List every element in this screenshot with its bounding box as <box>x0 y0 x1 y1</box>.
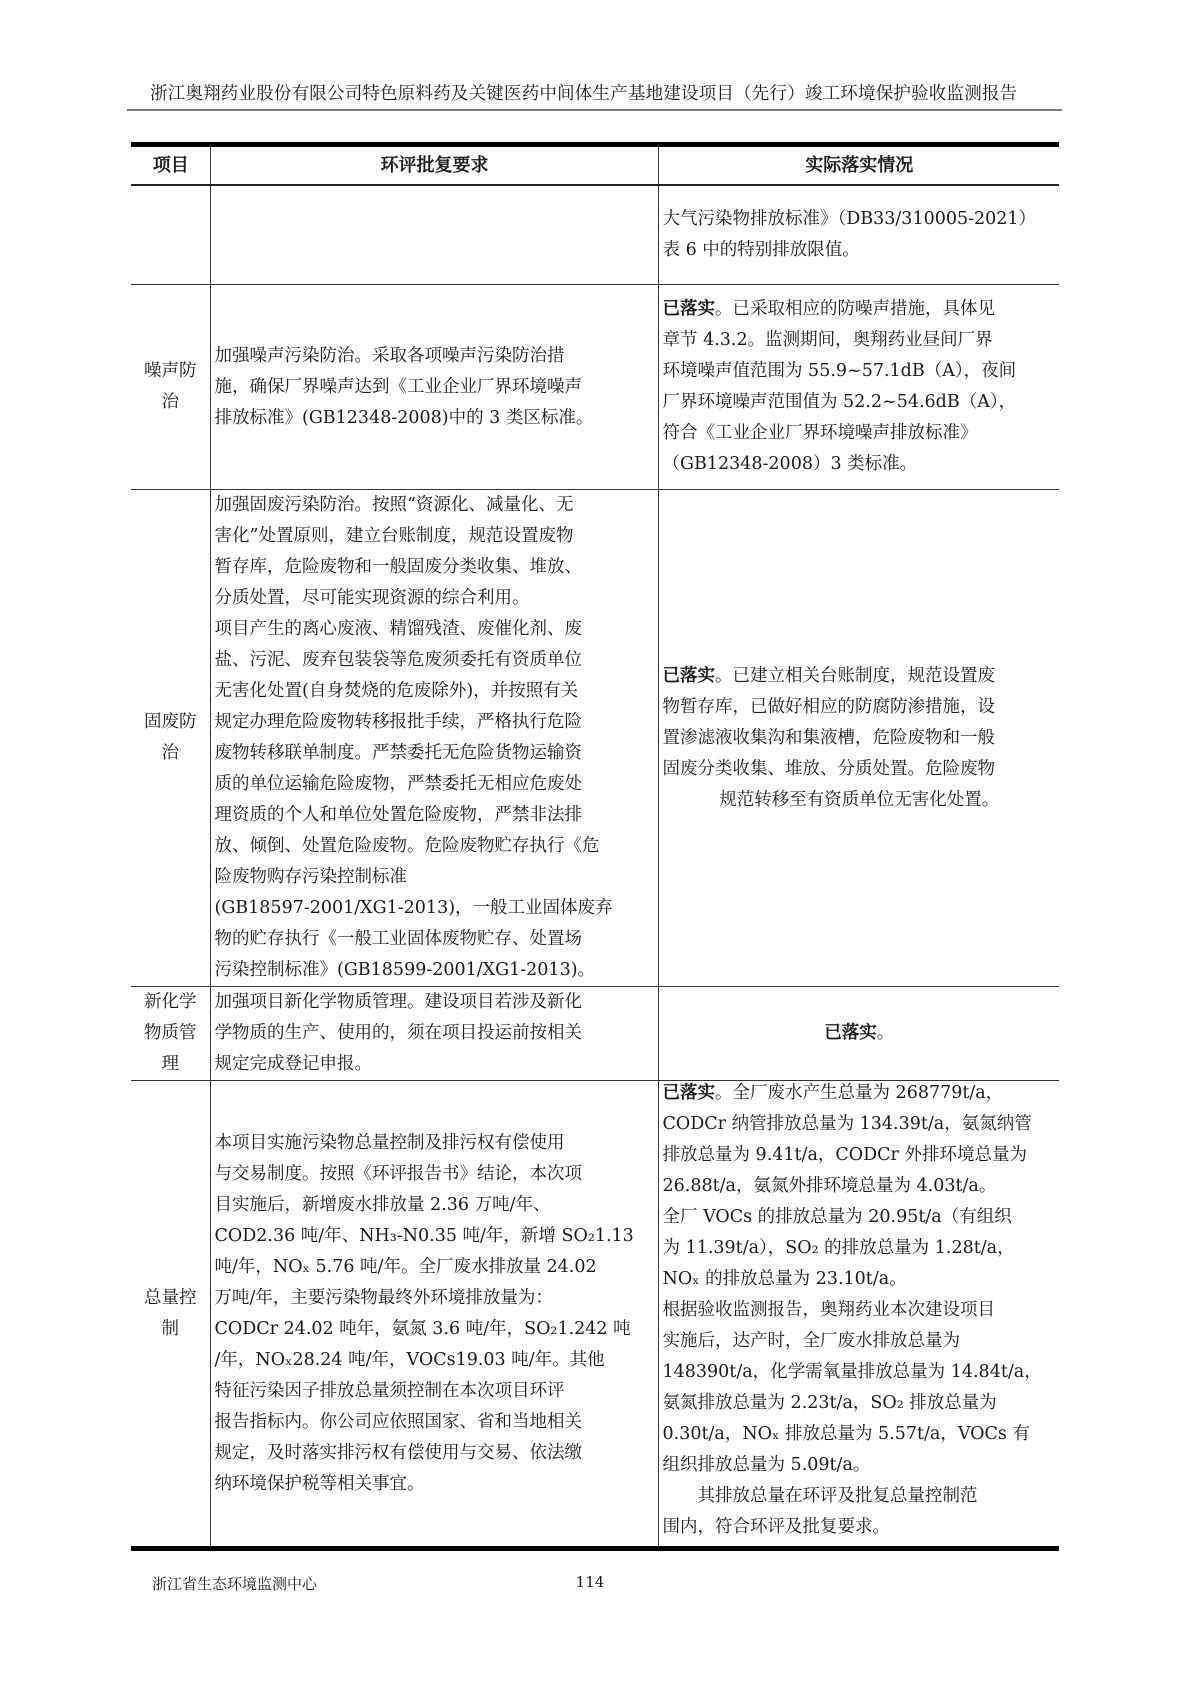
table-header-row: 项目 环评批复要求 实际落实情况 <box>131 145 1059 186</box>
category-cell-total-control: 总量控 制 <box>131 1081 210 1549</box>
table-row-continuation: 大气污染物排放标准》（DB33/310005-2021） 表 6 中的特别排放限… <box>131 185 1059 285</box>
report-header-title: 浙江奥翔药业股份有限公司特色原料药及关键医药中间体生产基地建设项目（先行）竣工环… <box>150 80 1050 105</box>
page-number: 114 <box>400 1573 780 1591</box>
actual-cell-new-chemicals: 已落实。 <box>658 987 1059 1081</box>
table-row-total-control: 总量控 制 本项目实施污染物总量控制及排污权有偿使用 与交易制度。按照《环评报告… <box>131 1081 1059 1549</box>
column-header-item: 项目 <box>131 145 210 186</box>
category-cell-solid-waste: 固废防 治 <box>131 490 210 987</box>
actual-cell-noise: 已落实。已采取相应的防噪声措施，具体见 章节 4.3.2。监测期间，奥翔药业昼间… <box>658 285 1059 490</box>
category-cell-noise: 噪声防 治 <box>131 285 210 490</box>
table-row-new-chemicals: 新化学 物质管 理 加强项目新化学物质管理。建设项目若涉及新化 学物质的生产、使… <box>131 987 1059 1081</box>
requirement-cell-new-chemicals: 加强项目新化学物质管理。建设项目若涉及新化 学物质的生产、使用的，须在项目投运前… <box>210 987 658 1081</box>
requirement-cell-noise: 加强噪声污染防治。采取各项噪声污染防治措 施，确保厂界噪声达到《工业企业厂界环境… <box>210 285 658 490</box>
column-header-requirement: 环评批复要求 <box>210 145 658 186</box>
actual-cell-solid-waste: 已落实。已建立相关台账制度，规范设置废 物暂存库，已做好相应的防腐防渗措施，设 … <box>658 490 1059 987</box>
requirement-cell-solid-waste: 加强固废污染防治。按照“资源化、减量化、无 害化”处置原则，建立台账制度，规范设… <box>210 490 658 987</box>
requirement-cell <box>210 185 658 285</box>
footer-organization: 浙江省生态环境监测中心 <box>152 1573 317 1594</box>
column-header-actual: 实际落实情况 <box>658 145 1059 186</box>
actual-cell: 大气污染物排放标准》（DB33/310005-2021） 表 6 中的特别排放限… <box>658 185 1059 285</box>
category-cell-new-chemicals: 新化学 物质管 理 <box>131 987 210 1081</box>
status-implemented: 已落实 <box>663 299 716 319</box>
status-implemented: 已落实 <box>663 666 716 686</box>
status-implemented: 已落实 <box>663 1083 716 1103</box>
header-divider <box>127 109 1062 111</box>
status-implemented: 已落实 <box>824 1023 877 1043</box>
acceptance-table: 项目 环评批复要求 实际落实情况 大气污染物排放标准》（DB33/310005-… <box>131 142 1059 1551</box>
category-cell <box>131 185 210 285</box>
requirement-cell-total-control: 本项目实施污染物总量控制及排污权有偿使用 与交易制度。按照《环评报告书》结论，本… <box>210 1081 658 1549</box>
table-row-noise: 噪声防 治 加强噪声污染防治。采取各项噪声污染防治措 施，确保厂界噪声达到《工业… <box>131 285 1059 490</box>
table-row-solid-waste: 固废防 治 加强固废污染防治。按照“资源化、减量化、无 害化”处置原则，建立台账… <box>131 490 1059 987</box>
actual-cell-total-control: 已落实。全厂废水产生总量为 268779t/a， CODCr 纳管排放总量为 1… <box>658 1081 1059 1549</box>
